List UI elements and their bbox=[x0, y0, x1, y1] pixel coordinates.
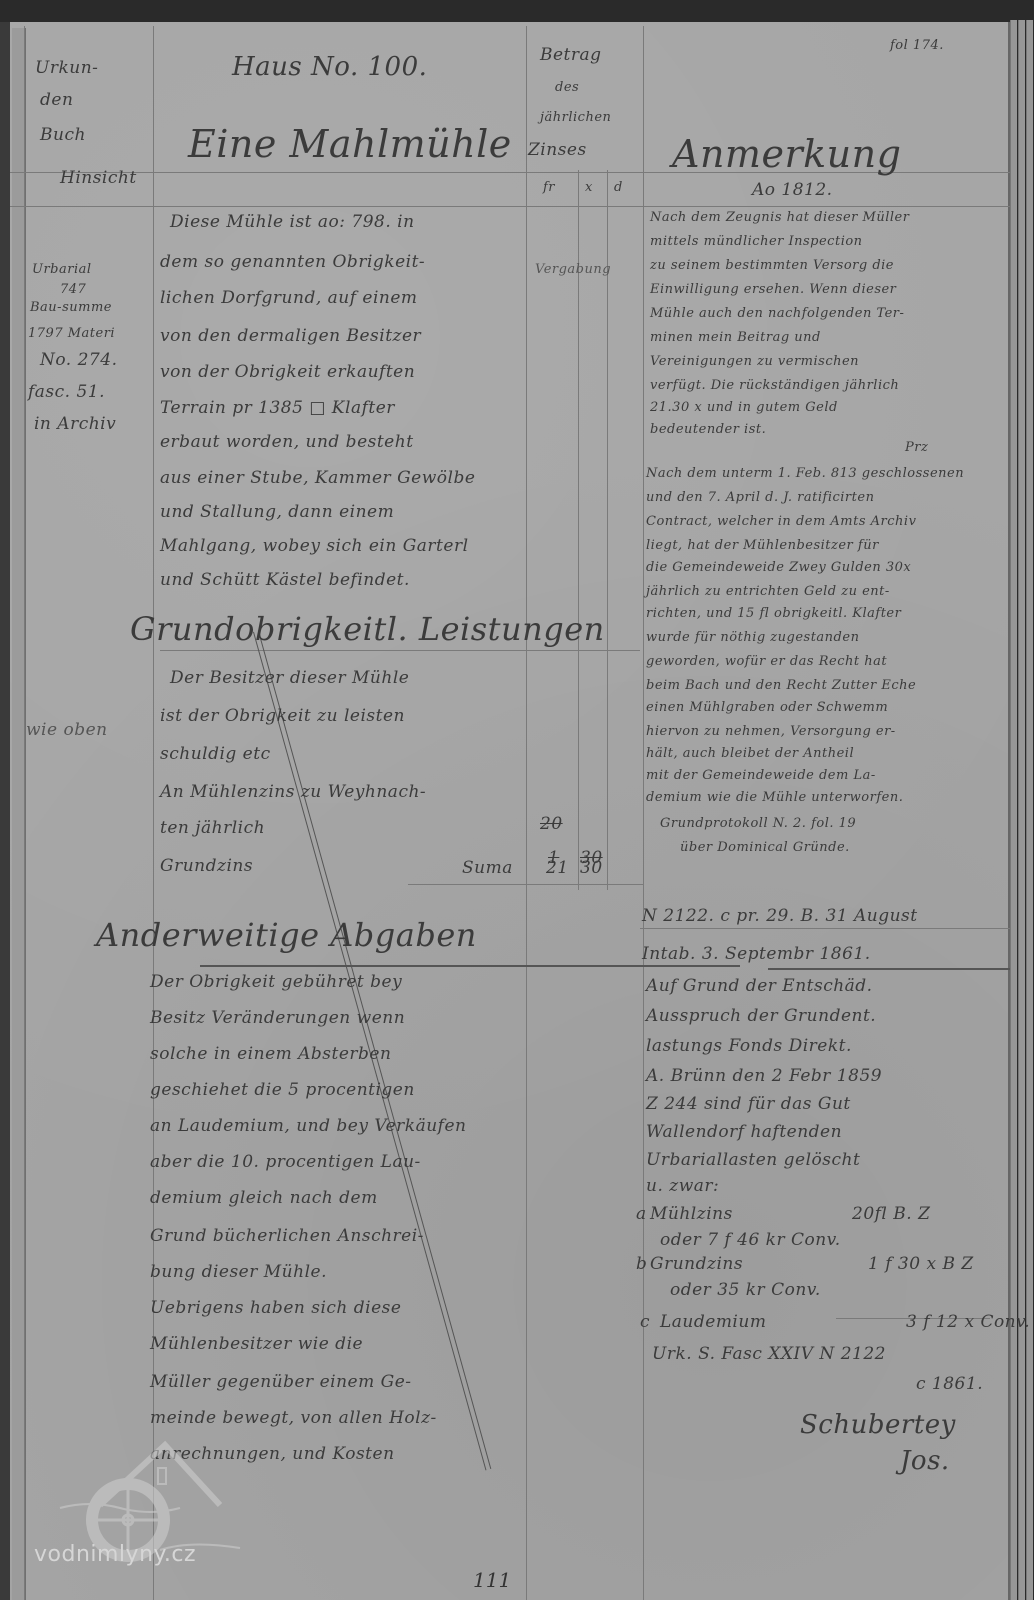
text-line: Contract, welcher in dem Amts Archiv bbox=[646, 514, 916, 529]
rule-vertical bbox=[24, 26, 25, 1600]
header-line: den bbox=[40, 90, 73, 110]
section-underline bbox=[200, 965, 740, 967]
archive-reference-year: c 1861. bbox=[916, 1374, 983, 1394]
text-line: erbaut worden, und besteht bbox=[160, 432, 414, 452]
text-line: Mühle auch den nachfolgenden Ter- bbox=[650, 306, 904, 321]
margin-line: No. 274. bbox=[40, 350, 117, 370]
text-line: bedeutender ist. bbox=[650, 422, 766, 437]
text-line: ist der Obrigkeit zu leisten bbox=[160, 706, 405, 726]
item-marker: a bbox=[636, 1204, 647, 1224]
text-line: Uebrigens haben sich diese bbox=[150, 1298, 401, 1318]
unit-florin: fr bbox=[543, 180, 555, 195]
text-line: geschiehet die 5 procentigen bbox=[150, 1080, 415, 1100]
page-edge bbox=[1026, 20, 1033, 1600]
text-line: verfügt. Die rückständigen jährlich bbox=[650, 378, 899, 393]
text-line: Grund bücherlichen Anschrei- bbox=[150, 1226, 424, 1246]
text-line: Diese Mühle ist ao: 798. in bbox=[170, 212, 415, 232]
margin-line: 1797 Materi bbox=[28, 326, 115, 341]
header-line: Zinses bbox=[528, 140, 587, 160]
text-line: Urbariallasten gelöscht bbox=[646, 1150, 860, 1170]
unit-denar: d bbox=[614, 180, 623, 195]
text-line: lichen Dorfgrund, auf einem bbox=[160, 288, 418, 308]
text-line: Mahlgang, wobey sich ein Garterl bbox=[160, 536, 469, 556]
text-line: an Laudemium, und bey Verkäufen bbox=[150, 1116, 466, 1136]
text-line: demium wie die Mühle unterworfen. bbox=[646, 790, 903, 805]
text-line: beim Bach und den Recht Zutter Eche bbox=[646, 678, 916, 693]
text-line: hiervon zu nehmen, Versorgung er- bbox=[646, 724, 896, 739]
remarks-year: Ao 1812. bbox=[752, 180, 833, 200]
text-line: aus einer Stube, Kammer Gewölbe bbox=[160, 468, 475, 488]
suma-fr: 21 bbox=[546, 858, 569, 878]
item-sub: oder 35 kr Conv. bbox=[670, 1280, 821, 1300]
item-value: 1 f 30 x B Z bbox=[868, 1254, 974, 1274]
text-line: einen Mühlgraben oder Schwemm bbox=[646, 700, 888, 715]
text-line: Nach dem unterm 1. Feb. 813 geschlossene… bbox=[646, 466, 964, 481]
margin-line: Bau-summe bbox=[30, 300, 112, 315]
text-line: u. zwar: bbox=[646, 1176, 719, 1196]
text-line: Terrain pr 1385 □ Klafter bbox=[160, 398, 395, 418]
house-number-title: Haus No. 100. bbox=[232, 52, 427, 82]
folio-number: fol 174. bbox=[890, 38, 944, 53]
rule-horizontal bbox=[10, 206, 1010, 207]
intabulation-date: Intab. 3. Septembr 1861. bbox=[642, 944, 871, 964]
rule-vertical bbox=[153, 26, 154, 1600]
remarks-rule bbox=[640, 928, 1010, 929]
text-line: mit der Gemeindeweide dem La- bbox=[646, 768, 876, 783]
margin-line: Urbarial bbox=[32, 262, 92, 277]
page-edge-line bbox=[1008, 22, 1010, 1600]
watermark-text: vodnimlyny.cz bbox=[34, 1542, 196, 1567]
suma-label: Suma bbox=[462, 858, 513, 878]
unit-kreuzer: x bbox=[585, 180, 593, 195]
official-signature-initial: Jos. bbox=[900, 1446, 950, 1476]
text-line: Müller gegenüber einem Ge- bbox=[150, 1372, 412, 1392]
rule-horizontal bbox=[160, 650, 640, 651]
official-signature: Schubertey bbox=[800, 1410, 956, 1440]
text-line: mittels mündlicher Inspection bbox=[650, 234, 863, 249]
section-title-other-levies: Anderweitige Abgaben bbox=[96, 916, 477, 954]
margin-line: in Archiv bbox=[34, 414, 116, 434]
margin-line: fasc. 51. bbox=[28, 382, 105, 402]
text-line: von der Obrigkeit erkauften bbox=[160, 362, 415, 382]
text-line: aber die 10. procentigen Lau- bbox=[150, 1152, 421, 1172]
remarks-title: Anmerkung bbox=[672, 132, 901, 176]
text-line: Auf Grund der Entschäd. bbox=[646, 976, 873, 996]
rule-vertical bbox=[607, 170, 608, 890]
header-line: Buch bbox=[40, 125, 86, 145]
page-stamp: 111 bbox=[473, 1568, 511, 1592]
item-value: 20fl B. Z bbox=[852, 1204, 930, 1224]
archive-reference: Urk. S. Fasc XXIV N 2122 bbox=[652, 1344, 886, 1364]
item-sub: oder 7 f 46 kr Conv. bbox=[660, 1230, 841, 1250]
margin-line: 747 bbox=[60, 282, 86, 297]
text-line: richten, und 15 fl obrigkeitl. Klafter bbox=[646, 606, 901, 621]
rule-vertical bbox=[578, 170, 579, 890]
page-edge bbox=[1010, 20, 1017, 1600]
text-line: wurde für nöthig zugestanden bbox=[646, 630, 859, 645]
item-label: Mühlzins bbox=[650, 1204, 733, 1224]
item-label: Laudemium bbox=[660, 1312, 766, 1332]
text-line: An Mühlenzins zu Weyhnach- bbox=[160, 782, 426, 802]
page-edge bbox=[1018, 20, 1025, 1600]
text-line: Besitz Veränderungen wenn bbox=[150, 1008, 405, 1028]
text-line: demium gleich nach dem bbox=[150, 1188, 378, 1208]
section-title-obligations: Grundobrigkeitl. Leistungen bbox=[130, 610, 605, 648]
item-label: Grundzins bbox=[650, 1254, 743, 1274]
text-line: Nach dem Zeugnis hat dieser Müller bbox=[650, 210, 909, 225]
text-line: Ausspruch der Grundent. bbox=[646, 1006, 876, 1026]
amount-muhlzins-fr: 20 bbox=[540, 814, 563, 834]
text-line: Mühlenbesitzer wie die bbox=[150, 1334, 363, 1354]
text-line: und den 7. April d. J. ratificirten bbox=[646, 490, 874, 505]
text-line: hält, auch bleibet der Antheil bbox=[646, 746, 854, 761]
text-line: liegt, hat der Mühlenbesitzer für bbox=[646, 538, 879, 553]
rule-vertical bbox=[526, 26, 527, 1600]
wie-oben-note: wie oben bbox=[26, 720, 108, 740]
text-line: minen mein Beitrag und bbox=[650, 330, 821, 345]
text-line: die Gemeindeweide Zwey Gulden 30x bbox=[646, 560, 911, 575]
remarks-rule bbox=[768, 968, 1010, 970]
text-line: dem so genannten Obrigkeit- bbox=[160, 252, 425, 272]
text-line: Der Obrigkeit gebühret bey bbox=[150, 972, 402, 992]
rule-vertical bbox=[643, 26, 644, 1600]
text-line: Grundzins bbox=[160, 856, 253, 876]
item-marker: b bbox=[636, 1254, 647, 1274]
vergabung-marker: Vergabung bbox=[535, 262, 611, 277]
text-line: schuldig etc bbox=[160, 744, 271, 764]
text-line: bung dieser Mühle. bbox=[150, 1262, 327, 1282]
header-line: jährlichen bbox=[540, 110, 611, 125]
text-line: Der Besitzer dieser Mühle bbox=[170, 668, 409, 688]
header-line: Hinsicht bbox=[60, 168, 137, 188]
item-value: 3 f 12 x Conv. bbox=[906, 1312, 1030, 1332]
item-marker: c bbox=[640, 1312, 650, 1332]
suma-rule bbox=[408, 884, 644, 885]
text-line: Grundprotokoll N. 2. fol. 19 bbox=[660, 816, 856, 831]
text-line: und Stallung, dann einem bbox=[160, 502, 394, 522]
header-line: Betrag bbox=[540, 45, 602, 65]
intabulation-number: N 2122. c pr. 29. B. 31 August bbox=[642, 906, 918, 926]
text-line: jährlich zu entrichten Geld zu ent- bbox=[646, 584, 890, 599]
text-line: zu seinem bestimmten Versorg die bbox=[650, 258, 894, 273]
header-line: des bbox=[555, 80, 579, 95]
text-line: solche in einem Absterben bbox=[150, 1044, 391, 1064]
text-line: Einwilligung ersehen. Wenn dieser bbox=[650, 282, 896, 297]
header-line: Urkun- bbox=[35, 58, 98, 78]
text-line: Vereinigungen zu vermischen bbox=[650, 354, 859, 369]
text-line: Wallendorf haftenden bbox=[646, 1122, 842, 1142]
suma-x: 30 bbox=[580, 858, 603, 878]
text-line: ten jährlich bbox=[160, 818, 265, 838]
text-line: lastungs Fonds Direkt. bbox=[646, 1036, 852, 1056]
mill-title: Eine Mahlmühle bbox=[188, 122, 512, 166]
text-line: über Dominical Gründe. bbox=[680, 840, 850, 855]
text-line: geworden, wofür er das Recht hat bbox=[646, 654, 887, 669]
text-line: 21.30 x und in gutem Geld bbox=[650, 400, 838, 415]
text-line: Z 244 sind für das Gut bbox=[646, 1094, 851, 1114]
text-line: von den dermaligen Besitzer bbox=[160, 326, 421, 346]
text-line: A. Brünn den 2 Febr 1859 bbox=[646, 1066, 882, 1086]
text-line: und Schütt Kästel befindet. bbox=[160, 570, 410, 590]
remarks-signature: Prz bbox=[905, 440, 928, 455]
